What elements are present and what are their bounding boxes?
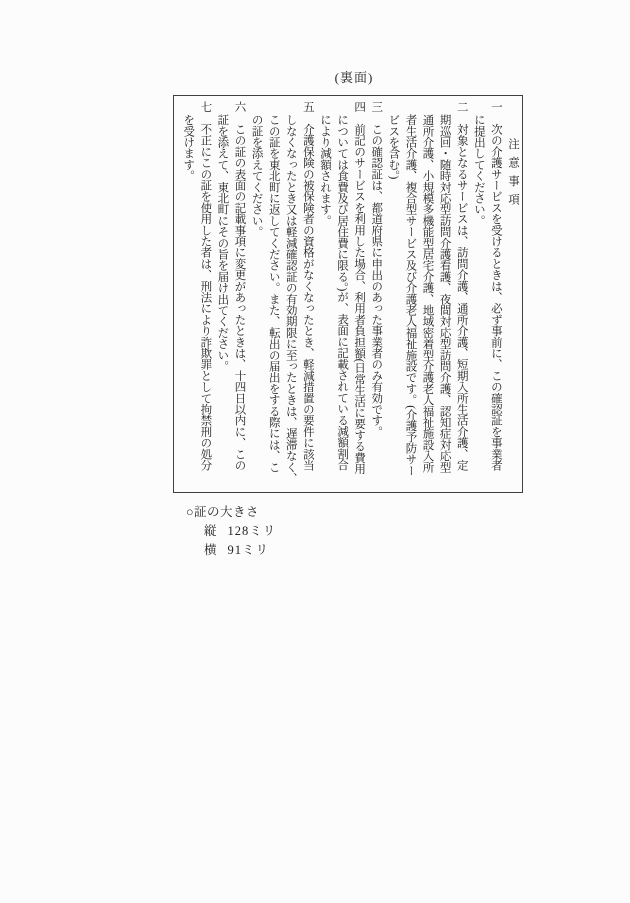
notice-item-1: 一 次の介護サービスを受けるときは、必ず事前に、この確認証を事業者 に提出してく… xyxy=(470,101,504,488)
notice-item-4: 四 前記のサービスを利用した場合、利用者負担額(日常生活に要する費用 については… xyxy=(316,101,367,488)
notice-box: 注意事項 一 次の介護サービスを受けるときは、必ず事前に、この確認証を事業者 に… xyxy=(173,95,523,493)
notice-item-5: 五 介護保険の被保険者の資格がなくなったとき、軽減措置の要件に該当 しなくなった… xyxy=(248,101,316,488)
size-note-heading: ○証の大きさ xyxy=(186,505,276,519)
size-height-value: 128ミリ xyxy=(228,524,277,538)
size-width-value: 91ミリ xyxy=(228,543,270,557)
size-note: ○証の大きさ 縦128ミリ 横91ミリ xyxy=(186,505,276,557)
page-side-label: (裏面) xyxy=(179,67,529,86)
size-row-width: 横91ミリ xyxy=(186,544,276,557)
notice-item-3: 三 この確認証は、都道府県に申出のあった事業者のみ有効です。 xyxy=(367,101,384,488)
size-height-label: 縦 xyxy=(204,524,218,538)
size-width-label: 横 xyxy=(204,543,218,557)
notice-item-7: 七 不正にこの証を使用した者は、刑法により詐欺罪として拘禁刑の処分 を受けます。 xyxy=(179,101,213,488)
size-row-height: 縦128ミリ xyxy=(186,525,276,538)
notice-item-6: 六 この証の表面の記載事項に変更があったときは、十四日以内に、この 証を添えて、… xyxy=(213,101,247,488)
notice-item-2: 二 対象となるサービスは、訪問介護、通所介護、短期入所生活介護、定 期巡回・随時… xyxy=(384,101,469,488)
notice-title: 注意事項 xyxy=(504,101,521,488)
